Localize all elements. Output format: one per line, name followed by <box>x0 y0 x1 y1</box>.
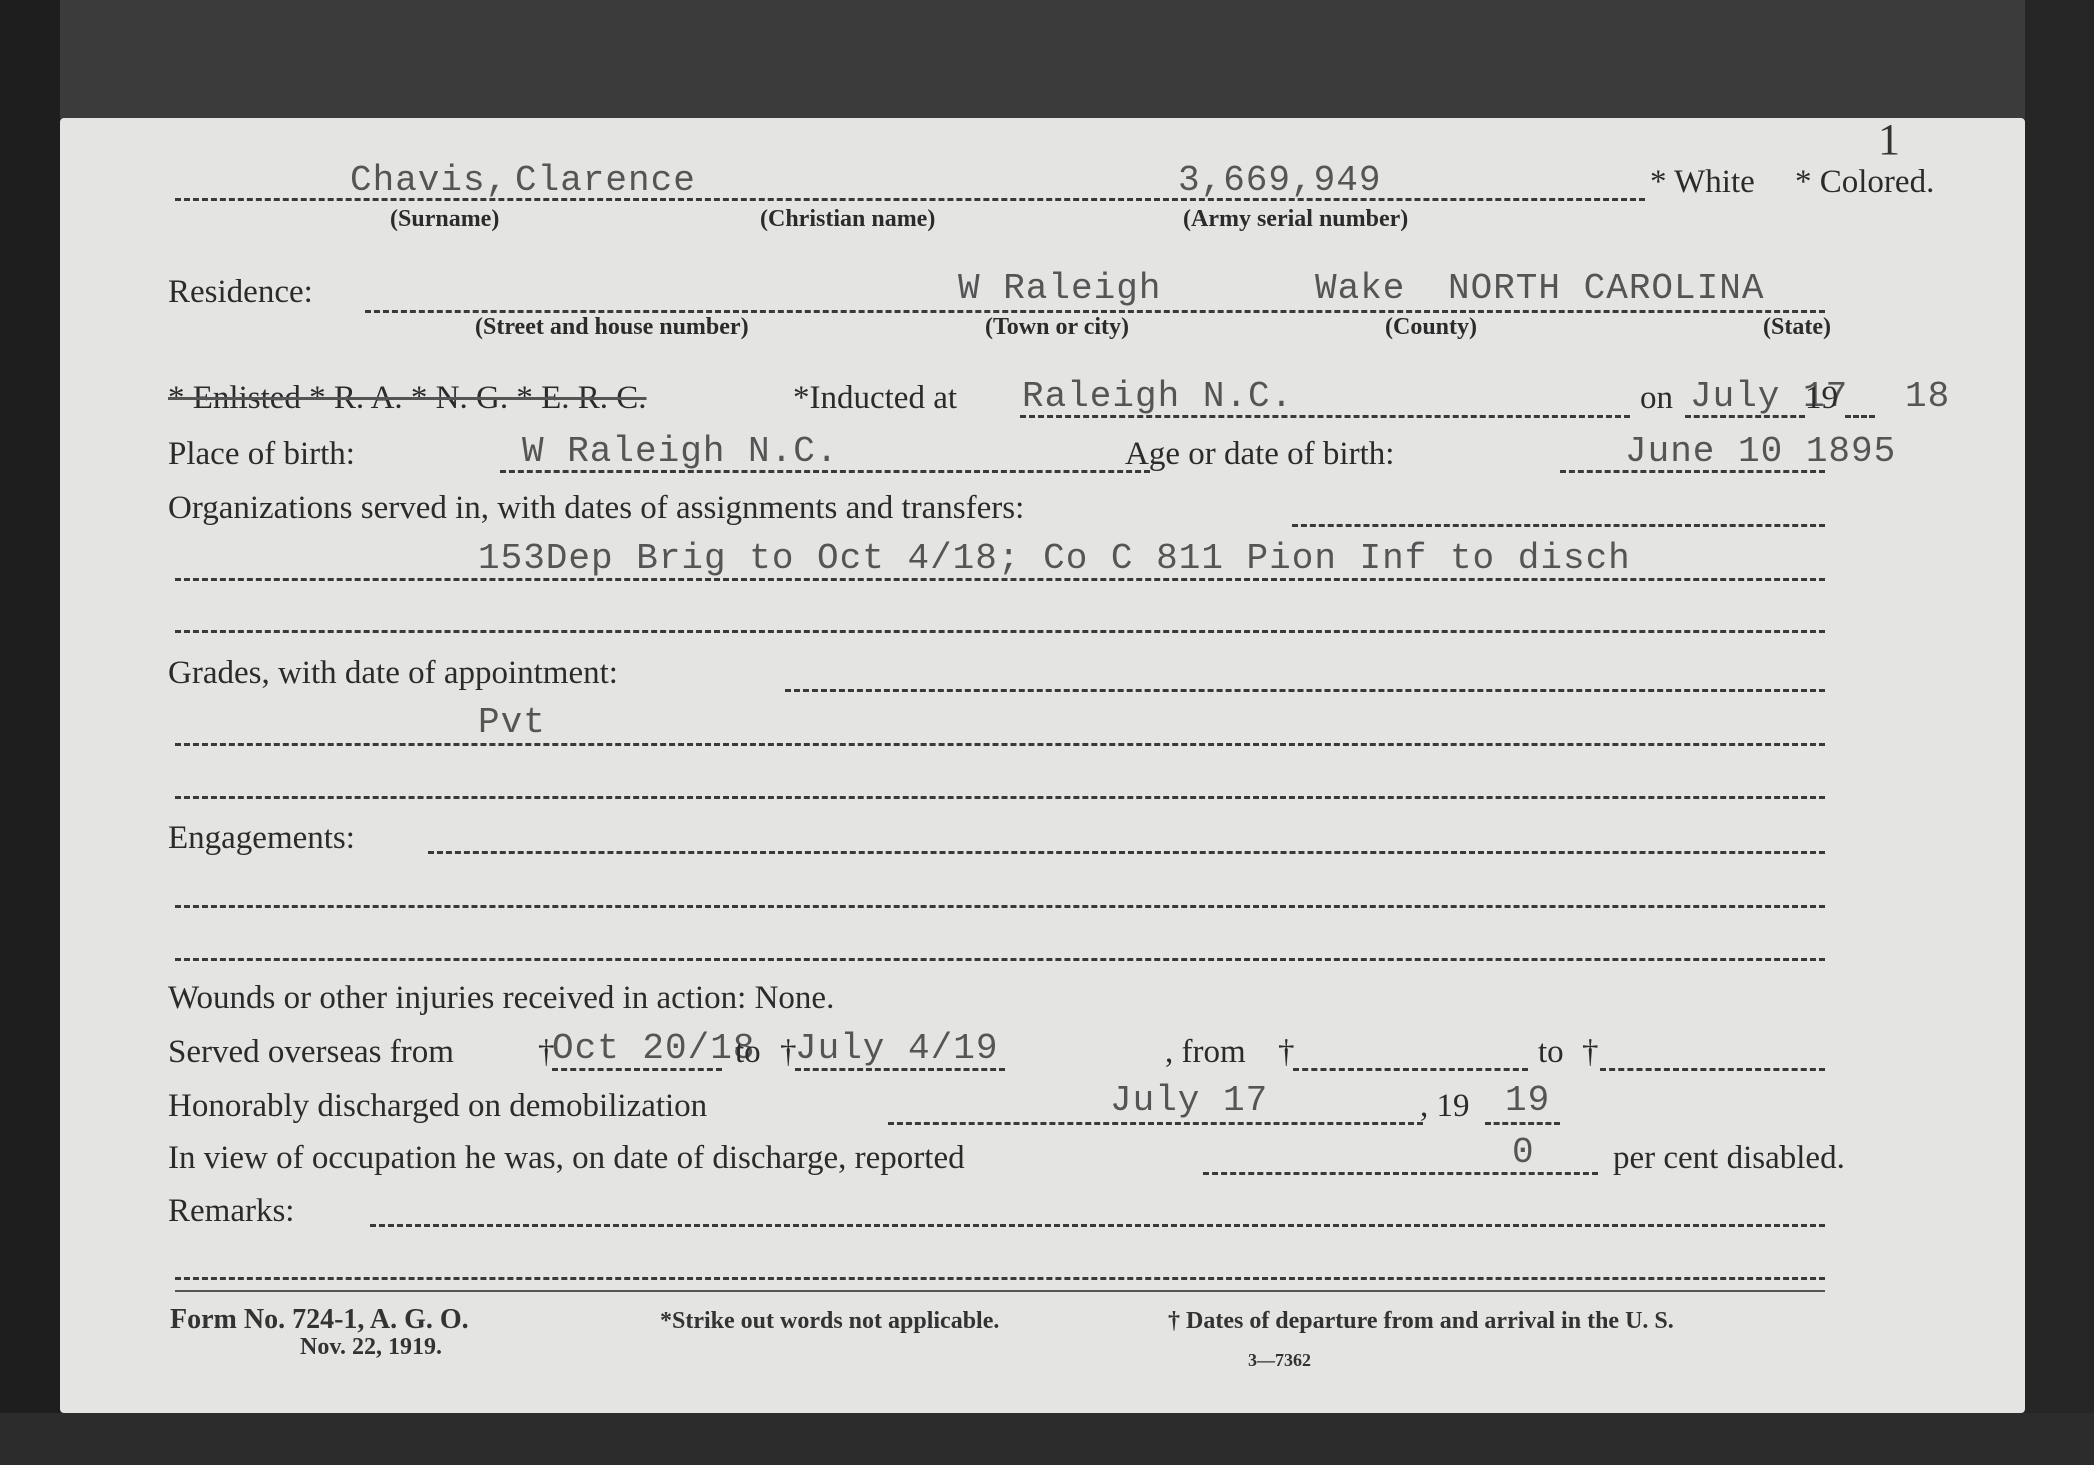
struck-enlistment-options: * Enlisted * R. A. * N. G. * E. R. C. <box>168 380 647 417</box>
date-of-birth-value: June 10 1895 <box>1625 431 1896 472</box>
grades-label: Grades, with date of appointment: <box>168 655 618 692</box>
strike-out-note: *Strike out words not applicable. <box>660 1308 999 1335</box>
induction-year-line <box>1845 415 1875 418</box>
christian-name-caption: (Christian name) <box>760 206 935 233</box>
town-caption: (Town or city) <box>985 314 1129 341</box>
organizations-line-1 <box>1292 524 1825 527</box>
state-caption: (State) <box>1763 314 1831 341</box>
discharge-label: Honorably discharged on demobilization <box>168 1088 707 1125</box>
footer-rule <box>175 1290 1825 1292</box>
surname-value: Chavis, <box>350 160 508 201</box>
overseas-to-label: to <box>735 1034 761 1071</box>
place-of-birth-value: W Raleigh N.C. <box>522 431 838 472</box>
overseas-dagger-3: † <box>1278 1034 1295 1071</box>
race-colored-option: * Colored. <box>1795 164 1934 201</box>
engagements-label: Engagements: <box>168 820 355 857</box>
grades-line-2 <box>175 743 1825 746</box>
grades-line-3 <box>175 796 1825 799</box>
scan-background-left <box>0 0 60 1465</box>
wounds-label: Wounds or other injuries received in act… <box>168 980 834 1017</box>
inducted-at-label: *Inducted at <box>793 380 957 417</box>
residence-county-value: Wake <box>1315 268 1405 309</box>
christian-name-value: Clarence <box>515 160 696 201</box>
scan-background-bottom <box>0 1413 2094 1465</box>
overseas-dagger-4: † <box>1582 1034 1599 1071</box>
residence-state-value: NORTH CAROLINA <box>1448 268 1764 309</box>
serial-number-caption: (Army serial number) <box>1183 206 1408 233</box>
residence-line <box>365 310 1825 313</box>
scan-background-right <box>2025 0 2094 1465</box>
race-white-option: * White <box>1650 164 1755 201</box>
organizations-label: Organizations served in, with dates of a… <box>168 490 1024 527</box>
date-of-birth-label: Age or date of birth: <box>1125 436 1394 473</box>
discharge-date-value: July 17 <box>1110 1080 1268 1121</box>
induction-place-value: Raleigh N.C. <box>1022 376 1293 417</box>
discharge-year-value: 19 <box>1505 1080 1550 1121</box>
overseas-from2-label: , from <box>1165 1034 1246 1071</box>
page-number: 1 <box>1878 114 1900 165</box>
residence-label: Residence: <box>168 274 313 311</box>
service-record-card: 1 Chavis, Clarence (Surname) (Christian … <box>60 118 2025 1413</box>
disability-percent-value: 0 <box>1512 1132 1535 1173</box>
engagements-line-1 <box>428 851 1825 854</box>
overseas-label: Served overseas from <box>168 1034 454 1071</box>
overseas-to-value: July 4/19 <box>795 1028 998 1069</box>
surname-caption: (Surname) <box>390 206 499 233</box>
discharge-year-line <box>1485 1122 1560 1125</box>
overseas-to2-line <box>1600 1068 1825 1071</box>
organizations-entry: 153Dep Brig to Oct 4/18; Co C 811 Pion I… <box>478 538 1631 579</box>
engagements-line-2 <box>175 905 1825 908</box>
print-code: 3—7362 <box>1248 1350 1311 1371</box>
scan-background-top <box>0 0 2094 118</box>
form-date: Nov. 22, 1919. <box>300 1334 442 1361</box>
overseas-to2-label: to <box>1538 1034 1564 1071</box>
induction-year-value: 18 <box>1905 376 1950 417</box>
grades-entry: Pvt <box>478 702 546 743</box>
serial-number-value: 3,669,949 <box>1178 160 1381 201</box>
engagements-line-3 <box>175 958 1825 961</box>
overseas-from2-line <box>1293 1068 1528 1071</box>
disability-line <box>1203 1172 1598 1175</box>
discharge-year-prefix: , 19 <box>1420 1088 1470 1125</box>
residence-town-value: W Raleigh <box>958 268 1161 309</box>
discharge-date-line <box>888 1122 1423 1125</box>
remarks-line-2 <box>175 1277 1825 1280</box>
induction-year-prefix: 19 <box>1805 380 1838 417</box>
street-caption: (Street and house number) <box>475 314 749 341</box>
induction-on-label: on <box>1640 380 1673 417</box>
remarks-label: Remarks: <box>168 1193 294 1230</box>
disability-suffix: per cent disabled. <box>1613 1140 1845 1177</box>
grades-line-1 <box>785 689 1825 692</box>
disability-label: In view of occupation he was, on date of… <box>168 1140 965 1177</box>
dagger-note: † Dates of departure from and arrival in… <box>1168 1308 1674 1335</box>
county-caption: (County) <box>1385 314 1477 341</box>
form-number: Form No. 724-1, A. G. O. <box>170 1304 469 1336</box>
remarks-line-1 <box>370 1224 1825 1227</box>
organizations-line-3 <box>175 630 1825 633</box>
overseas-from-value: Oct 20/18 <box>552 1028 755 1069</box>
place-of-birth-label: Place of birth: <box>168 436 355 473</box>
